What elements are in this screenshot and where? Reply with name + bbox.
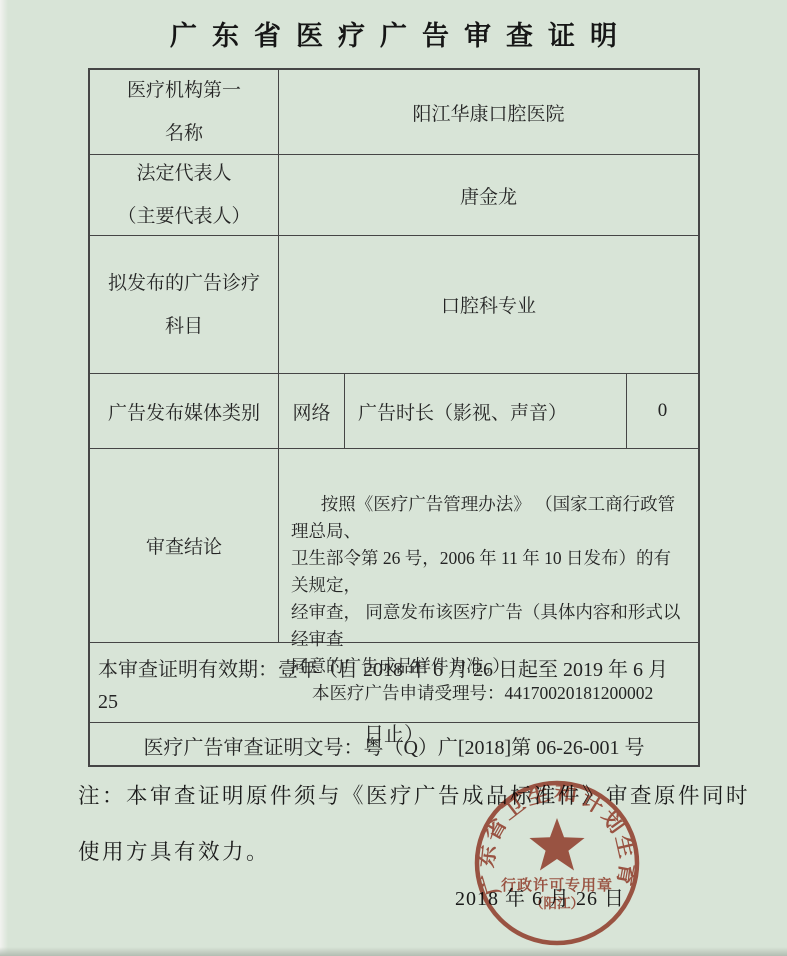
media-duration-value: 0: [626, 374, 698, 448]
certificate-page: 广东省医疗广告审查证明 医疗机构第一 名称 阳江华康口腔医院 法定代表人 （主要…: [0, 0, 787, 956]
seal-star-icon: [529, 818, 584, 870]
org-label: 医疗机构第一 名称: [90, 70, 278, 154]
representative-label: 法定代表人 （主要代表人）: [90, 155, 278, 235]
seal-inner-text: 行政许可专用章: [501, 876, 613, 894]
doc-number: 医疗广告审查证明文号：粤（Q）广[2018]第 06-26-001 号: [143, 731, 644, 760]
review-line-2: 卫生部令第 26 号，2006 年 11 年 10 日发布）的有关规定，: [291, 545, 688, 599]
media-duration-label: 广告时长（影视、声音）: [344, 374, 626, 448]
review-label: 审查结论: [90, 449, 278, 642]
review-line-1: 按照《医疗广告管理办法》 （国家工商行政管理总局、: [291, 491, 688, 545]
scan-edge-bottom: [0, 947, 787, 956]
footer-note: 注：本审查证明原件须与《医疗广告成品标准件》审查原件同时 使用方具有效力。: [78, 768, 768, 880]
representative-label-line2: （主要代表人）: [117, 195, 250, 238]
org-value: 阳江华康口腔医院: [278, 70, 698, 154]
table-row-representative: 法定代表人 （主要代表人） 唐金龙: [90, 154, 698, 235]
table-row-org: 医疗机构第一 名称 阳江华康口腔医院: [90, 70, 698, 154]
representative-value: 唐金龙: [278, 155, 698, 235]
review-line-3: 经审查， 同意发布该医疗广告（具体内容和形式以经审查: [291, 599, 688, 653]
subject-label-line2: 科目: [165, 305, 203, 348]
subject-label-line1: 拟发布的广告诊疗: [108, 262, 260, 305]
media-label: 广告发布媒体类别: [90, 374, 278, 448]
table-row-subject: 拟发布的广告诊疗 科目 口腔科专业: [90, 235, 698, 373]
official-seal-stamp: 广东省卫生和计划生育委员会 行政许可专用章 （阳江）: [468, 774, 646, 952]
seal-sub-text: （阳江）: [530, 895, 584, 911]
table-row-review: 审查结论 按照《医疗广告管理办法》 （国家工商行政管理总局、 卫生部令第 26 …: [90, 448, 698, 642]
scan-edge-left: [0, 0, 8, 956]
certificate-table: 医疗机构第一 名称 阳江华康口腔医院 法定代表人 （主要代表人） 唐金龙 拟发布…: [88, 68, 700, 767]
table-row-validity: 本审查证明有效期：壹年（自 2018 年 6 月 26 日起至 2019 年 6…: [90, 642, 698, 722]
org-label-line1: 医疗机构第一: [127, 69, 241, 112]
table-row-media: 广告发布媒体类别 网络 广告时长（影视、声音） 0: [90, 373, 698, 448]
subject-value: 口腔科专业: [278, 236, 698, 373]
subject-label: 拟发布的广告诊疗 科目: [90, 236, 278, 373]
page-title: 广东省医疗广告审查证明: [0, 14, 787, 53]
review-conclusion: 按照《医疗广告管理办法》 （国家工商行政管理总局、 卫生部令第 26 号，200…: [278, 449, 698, 642]
org-label-line2: 名称: [165, 112, 203, 155]
representative-label-line1: 法定代表人: [136, 152, 231, 195]
footer-note-line1: 注：本审查证明原件须与《医疗广告成品标准件》审查原件同时: [78, 768, 768, 824]
media-value: 网络: [278, 374, 344, 448]
footer-note-line2: 使用方具有效力。: [78, 824, 768, 880]
